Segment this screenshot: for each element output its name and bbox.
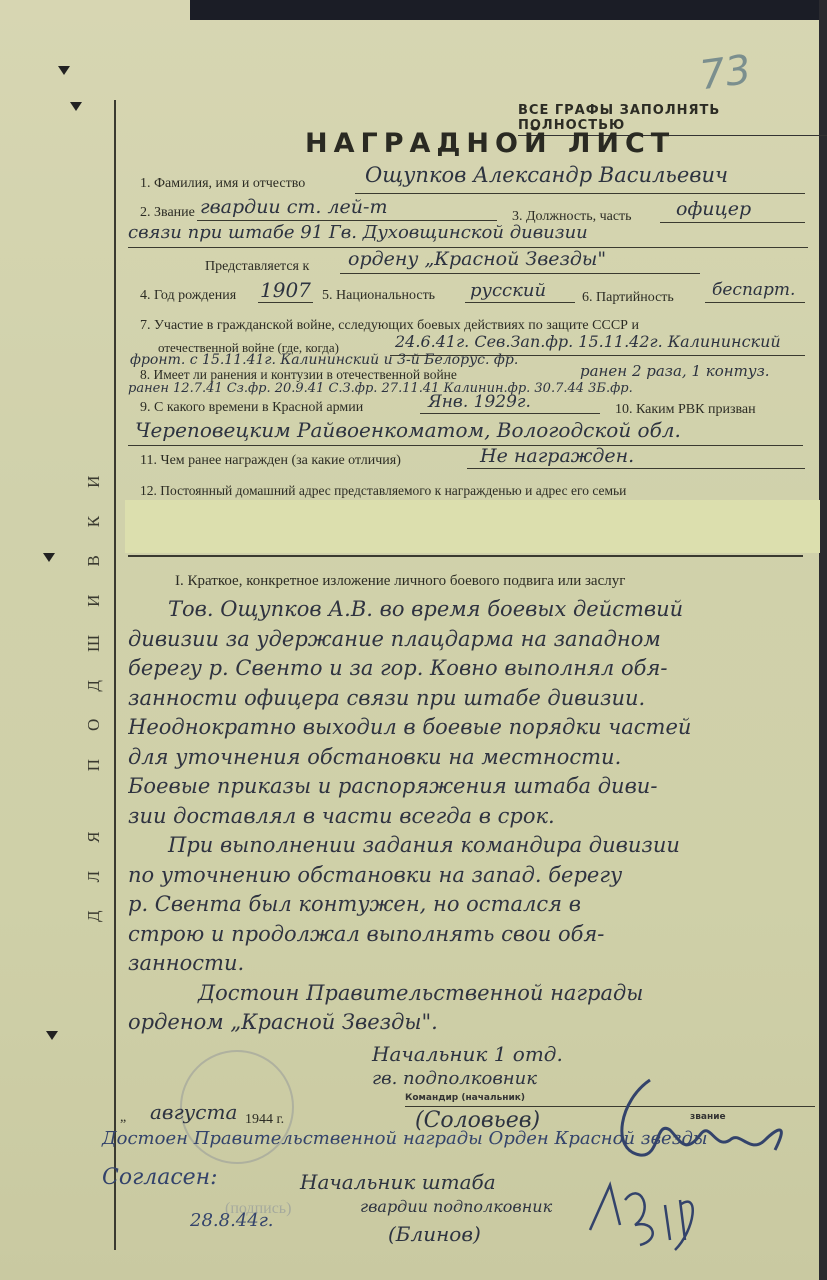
narrative-line: При выполнении задания командира дивизии bbox=[128, 831, 808, 861]
field-4-underline bbox=[258, 302, 313, 303]
field-6-label: 6. Партийность bbox=[582, 290, 674, 306]
field-10-label: 10. Каким РВК призван bbox=[615, 402, 756, 418]
field-5-underline bbox=[465, 302, 575, 303]
field-1-underline bbox=[355, 193, 805, 194]
narrative-line: занности офицера связи при штабе дивизии… bbox=[128, 684, 808, 714]
field-6-underline bbox=[705, 302, 805, 303]
field-1-value: Ощупков Александр Васильевич bbox=[365, 163, 728, 187]
presented-underline bbox=[340, 273, 700, 274]
punch-hole-icon bbox=[70, 102, 80, 112]
field-9-value: Янв. 1929г. bbox=[428, 392, 531, 412]
scan-edge-right bbox=[819, 0, 827, 1280]
agree-text: Согласен: bbox=[102, 1165, 218, 1190]
narrative-line: Неоднократно выходил в боевые порядки ча… bbox=[128, 713, 808, 743]
date-quote: „ bbox=[120, 1110, 126, 1126]
scan-edge-top bbox=[190, 0, 827, 20]
field-11-underline bbox=[467, 468, 805, 469]
field-9-label: 9. С какого времени в Красной армии bbox=[140, 400, 363, 416]
section-title: I. Краткое, конкретное изложение личного… bbox=[175, 573, 625, 590]
narrative-line: по уточнению обстановки на запад. берегу bbox=[128, 861, 808, 891]
field-6-value: беспарт. bbox=[712, 280, 795, 300]
date-month: августа bbox=[150, 1100, 237, 1124]
binding-margin-line bbox=[114, 100, 116, 1250]
field-4-label: 4. Год рождения bbox=[140, 288, 236, 304]
field-12-label: 12. Постоянный домашний адрес представля… bbox=[140, 483, 626, 499]
field-9-underline bbox=[420, 413, 600, 414]
document-title: НАГРАДНОЙ ЛИСТ bbox=[305, 128, 675, 159]
narrative-line: дивизии за удержание плацдарма на западн… bbox=[128, 625, 808, 655]
field-2-underline bbox=[197, 220, 497, 221]
field-8-value-2: ранен 12.7.41 Сз.фр. 20.9.41 С.З.фр. 27.… bbox=[128, 381, 633, 396]
field-11-value: Не награжден. bbox=[480, 445, 634, 467]
signature-chief-icon bbox=[580, 1170, 710, 1260]
signer-position-1: Начальник 1 отд. bbox=[372, 1042, 563, 1066]
presented-value: ордену „Красной Звезды" bbox=[348, 248, 606, 270]
narrative-line: р. Свента был контужен, но остался в bbox=[128, 890, 808, 920]
field-3-value: офицер bbox=[676, 198, 751, 220]
field-11-label: 11. Чем ранее награжден (за какие отличи… bbox=[140, 453, 401, 469]
redacted-address-block bbox=[125, 500, 820, 553]
field-5-value: русский bbox=[470, 280, 546, 301]
chief-title: Начальник штаба bbox=[300, 1170, 496, 1194]
narrative-line: для уточнения обстановки на местности. bbox=[128, 743, 808, 773]
punch-hole-icon bbox=[58, 66, 68, 76]
signer-position-2: гв. подполковник bbox=[372, 1068, 537, 1089]
field-10-underline bbox=[128, 445, 803, 446]
signature-icon bbox=[600, 1060, 800, 1180]
punch-hole-icon bbox=[43, 553, 53, 563]
narrative-line: Достоин Правительственной награды bbox=[128, 979, 808, 1009]
page-number-handwritten: 73 bbox=[697, 47, 754, 100]
field-7-value-1: 24.6.41г. Сев.Зап.фр. 15.11.42г. Калинин… bbox=[395, 332, 781, 351]
narrative-text: Тов. Ощупков А.В. во время боевых действ… bbox=[128, 595, 808, 1038]
commander-label: Командир (начальник) bbox=[405, 1093, 525, 1103]
date-year: 1944 г. bbox=[245, 1112, 284, 1128]
narrative-line: орденом „Красной Звезды". bbox=[128, 1008, 808, 1038]
presented-label: Представляется к bbox=[205, 259, 309, 275]
field-2-value: гвардии ст. лей-т bbox=[200, 196, 387, 218]
chief-rank: гвардии подполковник bbox=[360, 1197, 552, 1216]
narrative-line: занности. bbox=[128, 949, 808, 979]
narrative-line: берегу р. Свенто и за гор. Ковно выполня… bbox=[128, 654, 808, 684]
field-7-value-2: фронт. с 15.11.41г. Калининский и 3-й Бе… bbox=[130, 352, 518, 368]
narrative-line: Боевые приказы и распоряжения штаба диви… bbox=[128, 772, 808, 802]
field-3-underline bbox=[660, 222, 805, 223]
field-10-value: Череповецким Райвоенкоматом, Вологодской… bbox=[135, 418, 681, 442]
chief-name: (Блинов) bbox=[388, 1222, 481, 1246]
ghost-stamp-text: (подпись) bbox=[225, 1200, 291, 1218]
field-3-value-cont: связи при штабе 91 Гв. Духовщинской диви… bbox=[128, 222, 588, 243]
punch-hole-icon bbox=[46, 1031, 56, 1041]
field-5-label: 5. Национальность bbox=[322, 288, 435, 304]
narrative-line: зии доставлял в части всегда в срок. bbox=[128, 802, 808, 832]
field-4-value: 1907 bbox=[260, 278, 311, 302]
field-12-underline bbox=[128, 555, 803, 557]
field-8-value-1: ранен 2 раза, 1 контуз. bbox=[580, 362, 770, 380]
field-1-label: 1. Фамилия, имя и отчество bbox=[140, 176, 305, 192]
endorsement-line: Достоен Правительственной награды Орден … bbox=[102, 1128, 708, 1149]
field-2-label: 2. Звание bbox=[140, 205, 195, 221]
narrative-line: Тов. Ощупков А.В. во время боевых действ… bbox=[128, 595, 808, 625]
narrative-line: строю и продолжал выполнять свои обя- bbox=[128, 920, 808, 950]
binding-label: ДЛЯ ПОДШИВКИ bbox=[84, 320, 114, 1050]
